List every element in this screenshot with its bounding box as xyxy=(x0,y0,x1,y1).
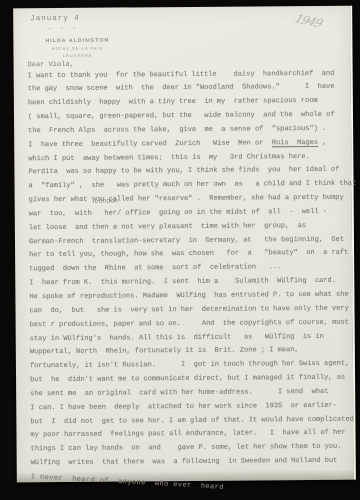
letter-body: I want to thank you for the beautiful li… xyxy=(28,67,351,485)
inserted-word-london: London xyxy=(95,198,118,205)
salutation: Dear Viola, xyxy=(28,61,74,69)
letterhead-address-line1: HOTEL DE LA PAIX xyxy=(35,46,119,52)
handwritten-year: 1949 xyxy=(293,12,325,30)
date-dashes: - - - xyxy=(47,25,78,33)
letter-line: her to tell you, though, how she was cho… xyxy=(29,247,349,263)
letterhead: HILDA ALDINGTON HOTEL DE LA PAIX LAUSANN… xyxy=(35,38,119,60)
letter-line: Wülfing writes that there was a followin… xyxy=(31,455,351,471)
letter-date: January 4 xyxy=(30,15,80,23)
letter-page: January 4 - - - HILDA ALDINGTON HOTEL DE… xyxy=(13,6,356,483)
letterhead-name: HILDA ALDINGTON xyxy=(35,38,119,45)
letterhead-address-line2: LAUSANNE xyxy=(35,52,119,58)
photo-background: January 4 - - - HILDA ALDINGTON HOTEL DE… xyxy=(0,0,360,500)
